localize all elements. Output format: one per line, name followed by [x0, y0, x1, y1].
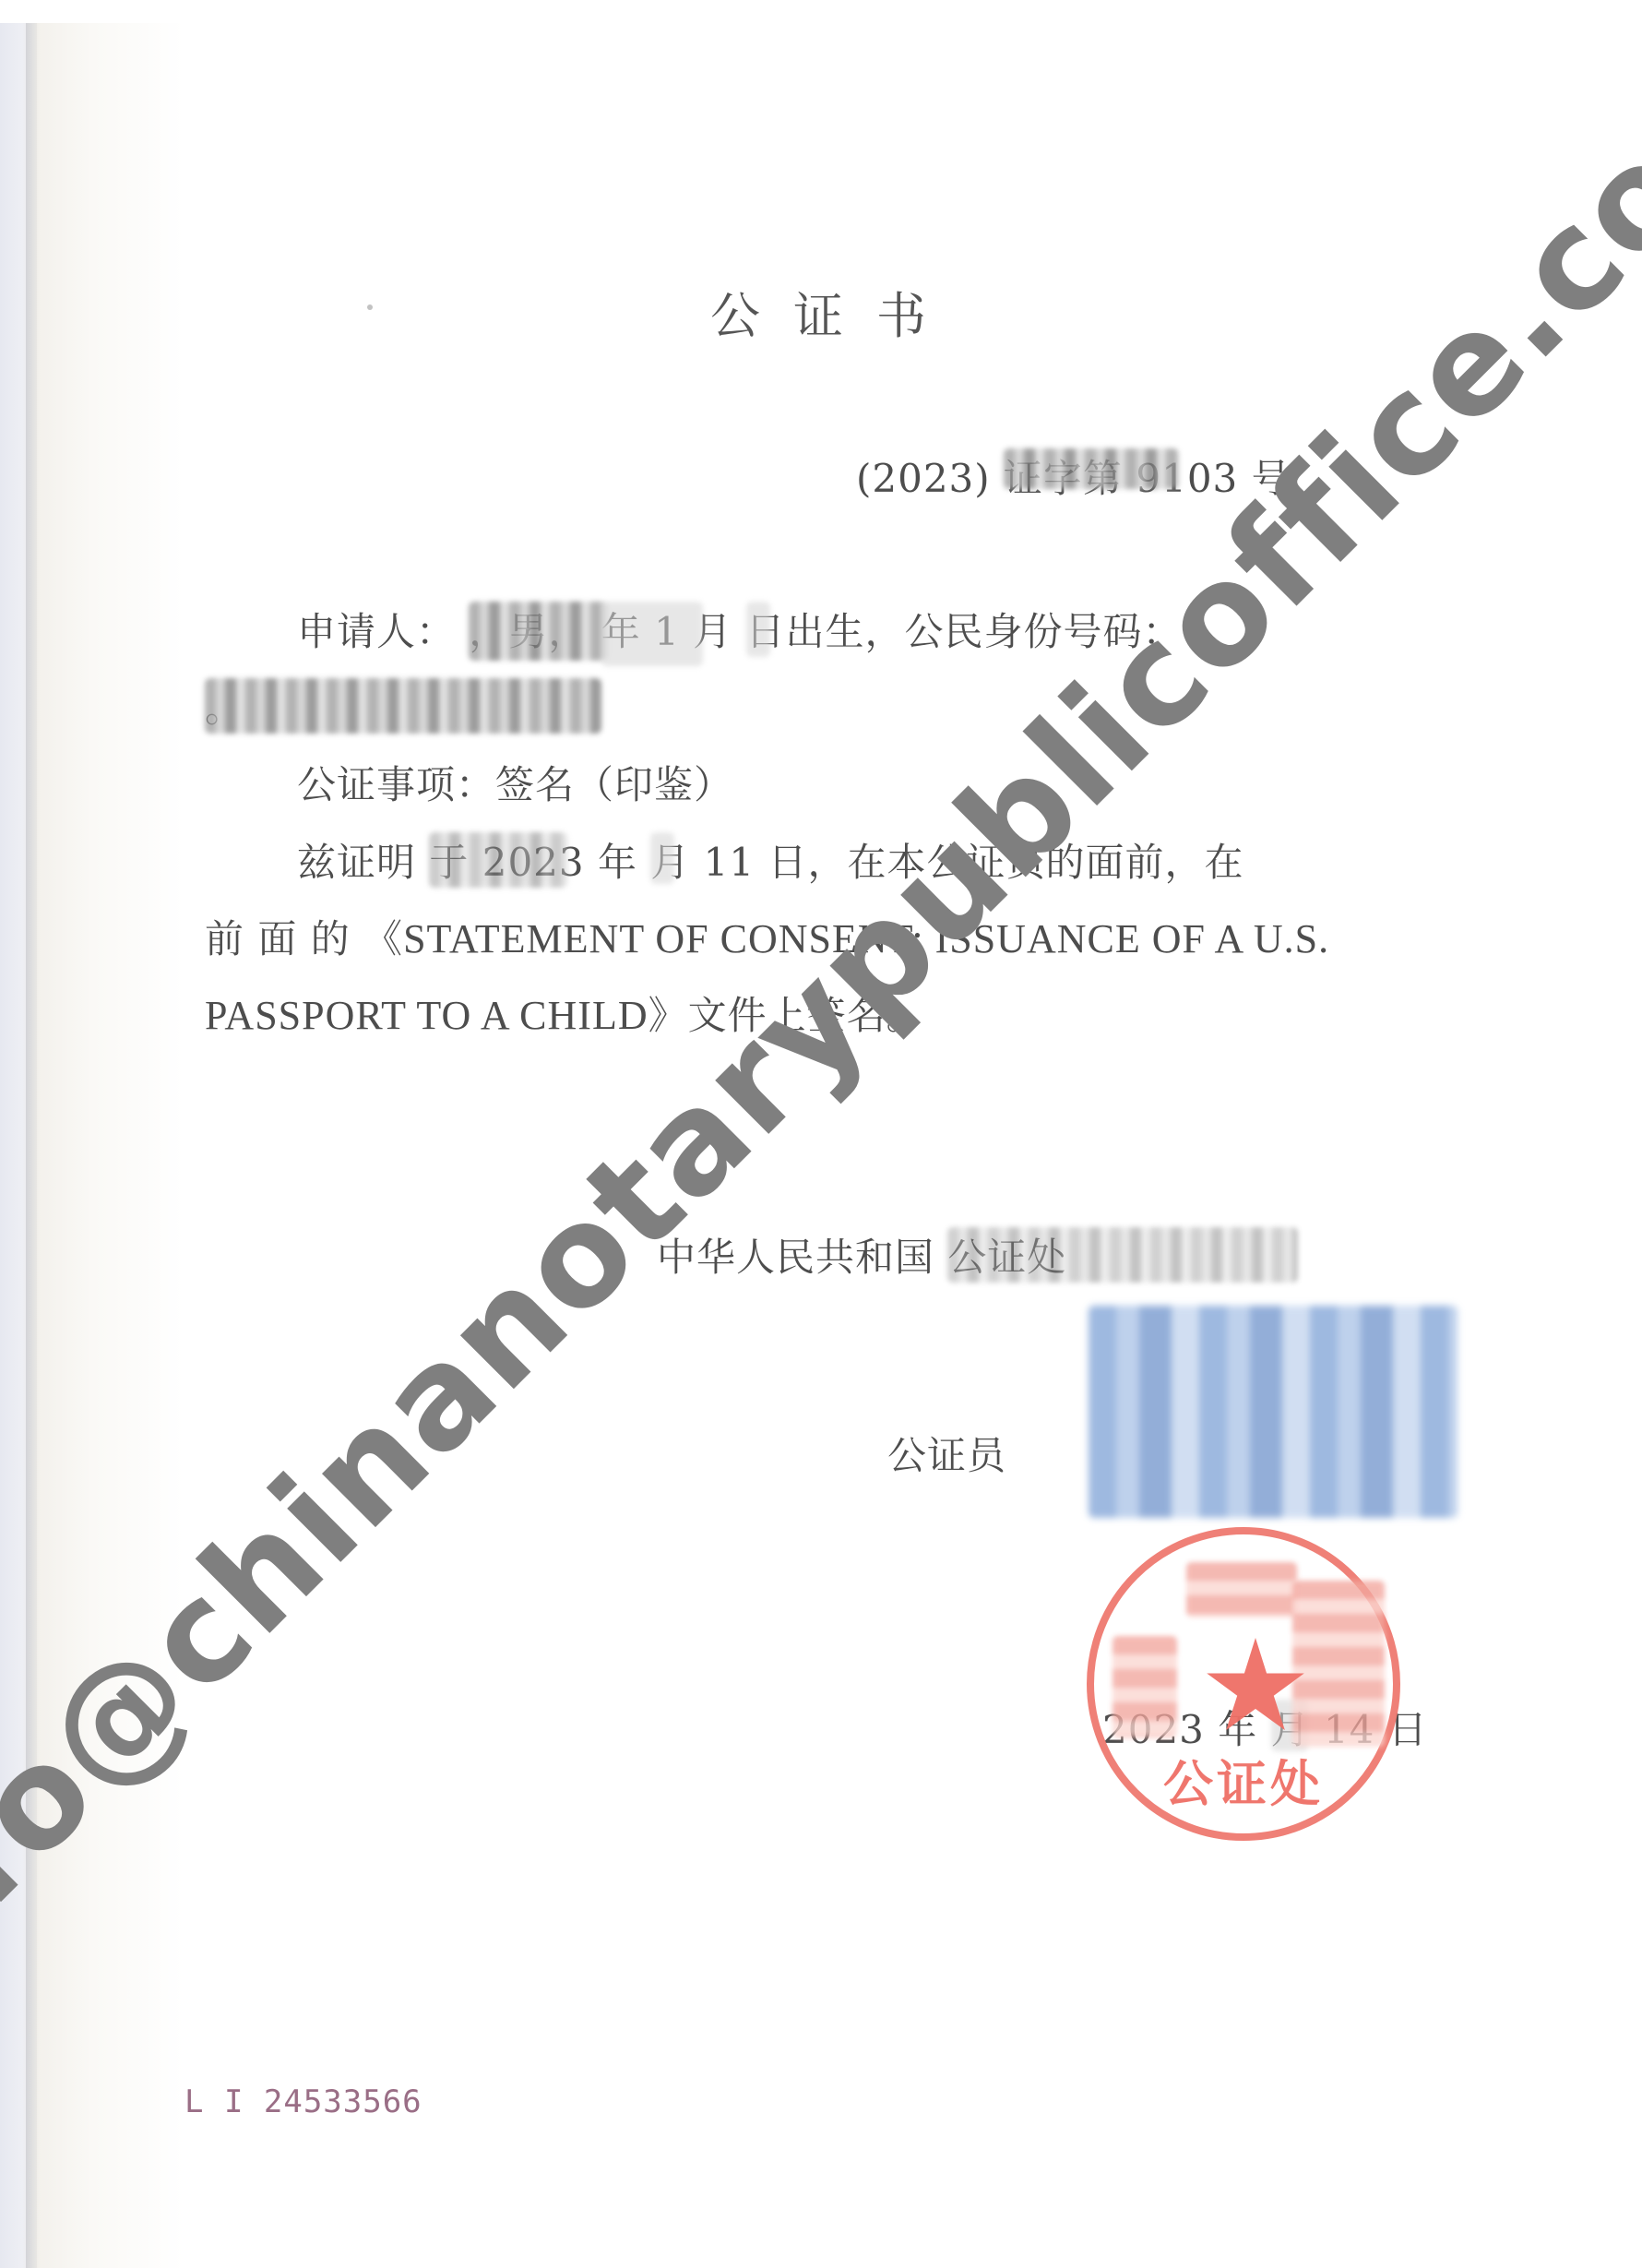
redacted-office-code: [1004, 448, 1179, 489]
redacted-office-name: [947, 1227, 1298, 1283]
official-seal: 公证处: [1087, 1527, 1400, 1841]
matter-label: 公证事项：: [297, 762, 495, 807]
body-line1-end: 月 11 日，在本公证员的面前，在: [650, 840, 1243, 885]
applicant-label: 申请人：: [297, 609, 456, 654]
scan-speck: [367, 304, 373, 310]
redacted-seal-name-right: [1292, 1581, 1385, 1747]
reference-number: (2023) 证字第 9103 号: [856, 448, 1291, 504]
notary-office: 中华人民共和国 公证处: [657, 1227, 1066, 1283]
seal-text: 公证处: [1094, 1745, 1393, 1816]
birth-end: 日出生，公民身份号码：: [746, 609, 1183, 654]
body-line-3: PASSPORT TO A CHILD》文件上签名。: [205, 985, 926, 1041]
document-name-part2: PASSPORT TO A CHILD: [205, 993, 648, 1038]
office-prefix: 中华人民共和国: [657, 1235, 934, 1280]
redacted-birth-year: [601, 602, 703, 666]
reference-prefix: (2023): [856, 456, 991, 501]
document-name-part1: STATEMENT OF CONSENT: ISSUANCE OF A U.S.: [403, 916, 1329, 961]
document-title: 公证书: [710, 277, 959, 348]
redacted-birth-day: [746, 602, 770, 657]
matter-value: 签名（印鉴）: [495, 762, 733, 807]
redacted-seal-name-top: [1186, 1562, 1297, 1617]
notary-label: 公证员: [887, 1426, 1006, 1481]
redacted-signer-name: [429, 832, 567, 888]
body-line3-cn: 》文件上签名。: [648, 993, 926, 1038]
body-prefix: 兹证明: [297, 840, 416, 885]
body-line2-cn: 前 面 的 《: [205, 916, 403, 961]
redacted-id-number: [205, 678, 601, 734]
serial-number: L I 24533566: [184, 2083, 422, 2120]
redacted-month: [650, 832, 674, 884]
redacted-notary-signature: [1089, 1306, 1458, 1518]
body-line-1: 兹证明 于 2023 年 月 11 日，在本公证员的面前，在: [297, 832, 1243, 888]
notarial-matter: 公证事项：签名（印鉴）: [297, 755, 733, 810]
star-icon: [1205, 1638, 1306, 1739]
redacted-applicant-name: [469, 602, 607, 661]
document-paper: [37, 23, 1642, 2268]
id-number-line: 。: [205, 678, 244, 734]
page-shadow: [26, 23, 39, 2268]
applicant-line: 申请人： ，男， 年 1 月 日出生，公民身份号码：: [297, 602, 1183, 657]
body-line-2: 前 面 的 《STATEMENT OF CONSENT: ISSUANCE OF…: [205, 909, 1329, 964]
redacted-seal-name-left: [1113, 1636, 1177, 1737]
